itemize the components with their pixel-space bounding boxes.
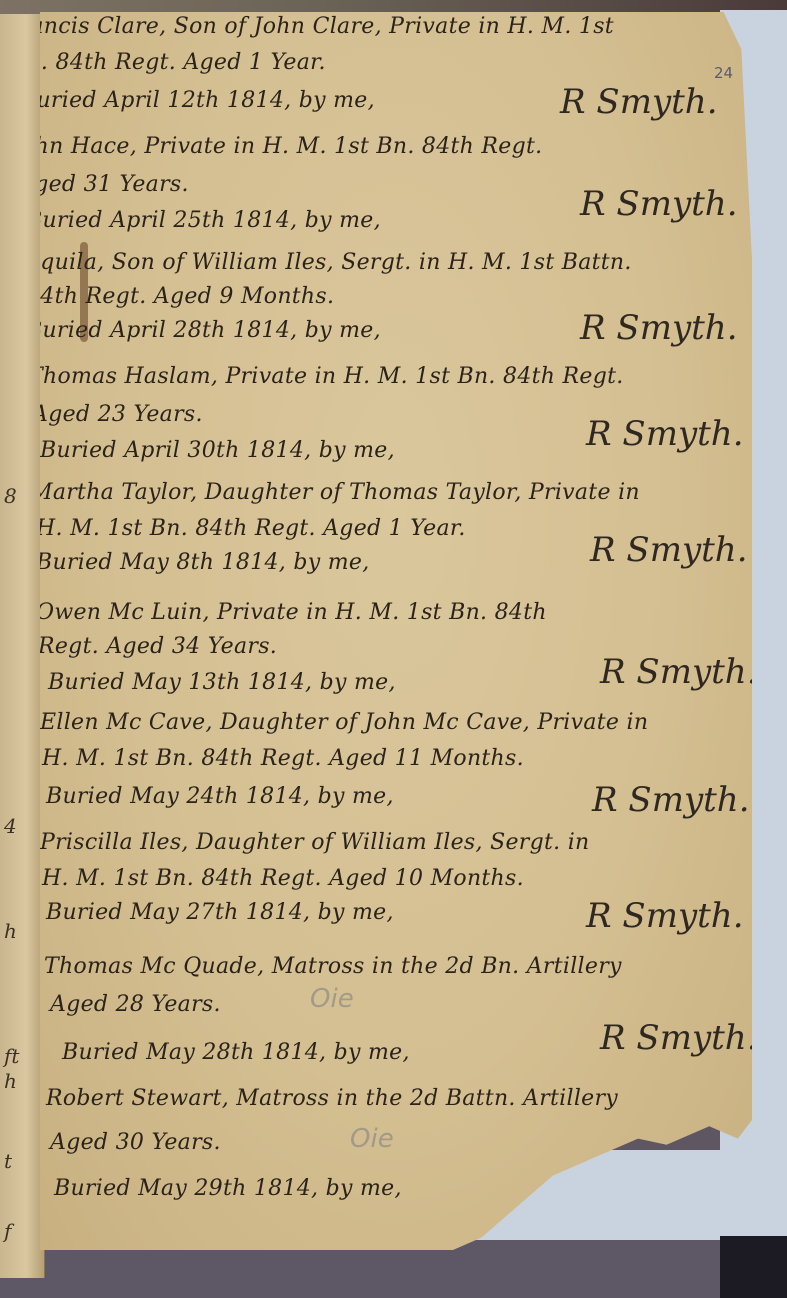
signature: R Smyth. <box>586 896 744 936</box>
entry-line: Regt. Aged 34 Years. <box>38 634 277 659</box>
margin-mark: h <box>4 1069 17 1093</box>
signature: R Smyth. <box>600 652 758 692</box>
signature: R Smyth. <box>592 780 750 820</box>
entry-line: Buried May 27th 1814, by me, <box>46 900 394 925</box>
signature: R Smyth. <box>590 530 748 570</box>
previous-page-edge: 8 4 h ft h t f <box>0 14 45 1278</box>
entry-line: Priscilla Iles, Daughter of William Iles… <box>40 830 590 855</box>
entry-line: H. M. 1st Bn. 84th Regt. Aged 10 Months. <box>42 866 524 891</box>
pencil-annotation: Oie <box>310 984 354 1014</box>
entry-line: Buried May 13th 1814, by me, <box>48 670 396 695</box>
entry-line: H. M. 1st Bn. 84th Regt. Aged 11 Months. <box>42 746 524 771</box>
entry-line: Aquila, Son of William Iles, Sergt. in H… <box>24 250 632 275</box>
entry-line: Owen Mc Luin, Private in H. M. 1st Bn. 8… <box>36 600 547 625</box>
register-page: 24 Francis Clare, Son of John Clare, Pri… <box>40 12 752 1250</box>
entry-line: 84th Regt. Aged 9 Months. <box>26 284 334 309</box>
entry-line: Buried May 8th 1814, by me, <box>36 550 370 575</box>
entry-line: Buried April 12th 1814, by me, <box>20 88 375 113</box>
entry-line: Buried April 30th 1814, by me, <box>40 438 395 463</box>
entry-line: H. M. 1st Bn. 84th Regt. Aged 1 Year. <box>36 516 466 541</box>
entry-line: Aged 30 Years. <box>50 1130 221 1155</box>
margin-mark: 4 <box>4 814 17 838</box>
entry-line: Robert Stewart, Matross in the 2d Battn.… <box>46 1086 618 1111</box>
signature: R Smyth. <box>600 1018 758 1058</box>
margin-mark: t <box>4 1149 12 1173</box>
margin-mark: ft <box>4 1044 19 1068</box>
margin-mark: f <box>4 1219 11 1243</box>
entry-line: Buried April 25th 1814, by me, <box>26 208 381 233</box>
entry-line: Buried April 28th 1814, by me, <box>26 318 381 343</box>
signature: R Smyth. <box>560 82 718 122</box>
signature: R Smyth. <box>580 308 738 348</box>
entry-line: Aged 23 Years. <box>32 402 203 427</box>
entry-line: Thomas Mc Quade, Matross in the 2d Bn. A… <box>44 954 622 979</box>
signature: R Smyth. <box>586 414 744 454</box>
entry-line: John Hace, Private in H. M. 1st Bn. 84th… <box>12 134 542 159</box>
entry-line: Thomas Haslam, Private in H. M. 1st Bn. … <box>28 364 624 389</box>
margin-mark: 8 <box>4 484 17 508</box>
background-shadow <box>720 1236 787 1298</box>
margin-mark: h <box>4 919 17 943</box>
signature: R Smyth. <box>580 184 738 224</box>
entry-line: Ellen Mc Cave, Daughter of John Mc Cave,… <box>40 710 648 735</box>
page-number: 24 <box>714 64 733 82</box>
entry-line: Buried May 24th 1814, by me, <box>46 784 394 809</box>
entry-line: Aged 31 Years. <box>18 172 189 197</box>
entry-line: Bn. 84th Regt. Aged 1 Year. <box>10 50 326 75</box>
entry-line: Francis Clare, Son of John Clare, Privat… <box>4 14 614 39</box>
entry-line: Martha Taylor, Daughter of Thomas Taylor… <box>30 480 640 505</box>
entry-line: Buried May 29th 1814, by me, <box>54 1176 402 1201</box>
pencil-annotation: Oie <box>350 1124 394 1154</box>
entry-line: Buried May 28th 1814, by me, <box>62 1040 410 1065</box>
entry-line: Aged 28 Years. <box>50 992 221 1017</box>
